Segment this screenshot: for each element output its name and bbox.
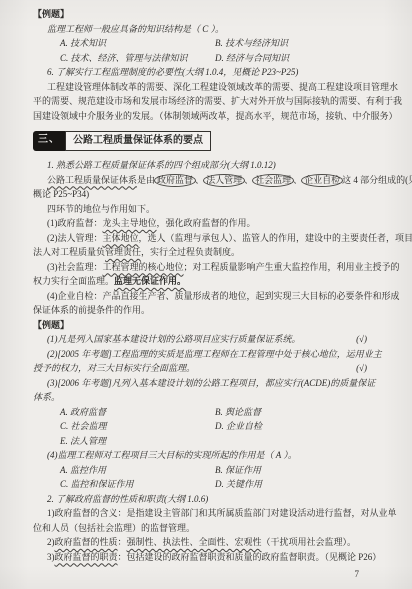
q3-option-c: C. 社会监理 <box>60 419 215 434</box>
q3-option-a: A. 政府监督 <box>60 405 215 420</box>
scanned-textbook-page: 【例题】 监理工程师一般应具备的知识结构是（ C ）。 A. 技术知识 B. 技… <box>0 0 412 589</box>
section3-header: 三、 公路工程质量保证体系的要点 <box>33 131 385 151</box>
example1-options-row-1: A. 技术知识 B. 技术与经济知识 <box>33 36 385 51</box>
point6-para-line3: 国建设领域中介服务业的发展。（体制领域两改革，提高水平，规范市场，接轨、中介服务… <box>33 109 385 124</box>
point1-intro-mid: 是由 <box>137 175 155 185</box>
item2b-emphasis: 管理责任 <box>105 247 141 257</box>
section3-title: 公路工程质量保证体系的要点 <box>65 131 211 151</box>
point2-item2-prefix: 2) <box>47 537 55 547</box>
example2-q3-line2: 体系。 <box>33 390 385 405</box>
point1-term3-circled: 社会监理 <box>252 174 294 187</box>
q4-option-c: C. 监控和保证作用 <box>60 477 215 492</box>
example2-q1-row: (1)凡是列入国家基本建设计划的公路项目应实行质量保证系统。 (√) <box>33 332 385 347</box>
point2-item3: 3)政府监督的职责：包括建设的政府监督职责和质量的政府监督职责。（见概论 P26… <box>33 550 385 565</box>
example1-question: 监理工程师一般应具备的知识结构是（ C ）。 <box>33 22 385 37</box>
point1-item4-line2: 保证体系的前提条件的作用。 <box>33 303 385 318</box>
section3-marker: 三、 <box>33 131 65 151</box>
example2-q2-line1: (2)[2005 年考题]工程监理的实质是监理工程师在工程管理中处于核心地位，运… <box>33 347 385 362</box>
point2-item2: 2)政府监督的性质：强制性、执法性、全面性、宏观性（干扰项用社会监理）。 <box>33 535 385 550</box>
example2-q2-line2: 授予的权力，对三大目标实行全面监理。 <box>33 361 195 376</box>
point1-item4-line1: (4)企业自检：产品直接生产者、质量形成者的地位，起到实现三大目标的必要条件和形… <box>33 289 385 304</box>
point1-term2-circled: 法人管理 <box>203 174 245 187</box>
example2-q2-answer: (√) <box>356 361 367 376</box>
point2-item2-colon: ： <box>118 537 127 547</box>
point1-roles-intro: 四环节的地位与作用如下。 <box>33 202 385 217</box>
point2-item2-tail: （干扰项用社会监理）。 <box>262 537 357 547</box>
item3-tail: ；对工程质量影响产生重大监控作用，利用业主授予的 <box>184 262 400 272</box>
point6-para-line1: 工程建设管理体制改革的需要、深化工程建设领域改革的需要、提高工程建设项目管理水 <box>33 80 385 95</box>
point1-intro-line1: 公路工程质量保证体系是由政府监督、法人管理、社会监理、企业自检这 4 部分组成的… <box>33 173 385 188</box>
q3-option-b: B. 舆论监督 <box>215 405 261 420</box>
point1-term1-circled: 政府监督 <box>154 174 196 187</box>
example2-q3-line1: (3)[2006 年考题]凡列入基本建设计划的公路工程项目，都应实行(ACDE)… <box>33 376 385 391</box>
example2-q4-options-row-1: A. 监控作用 B. 保证作用 <box>33 463 385 478</box>
example1-label: 【例题】 <box>33 7 385 22</box>
point1-item3-line1: (3)社会监理：工程管理的核心地位；对工程质量影响产生重大监控作用，利用业主授予… <box>33 260 385 275</box>
point1-item1: (1)政府监督：龙头主导地位，强化政府监督的作用。 <box>33 216 385 231</box>
point2-item2-emphasis1: 政府监督的性质 <box>55 537 118 547</box>
example2-q1: (1)凡是列入国家基本建设计划的公路项目应实行质量保证系统。 <box>33 332 301 347</box>
item3b-prefix: 权力实行全面监理。 <box>33 276 114 286</box>
item3-emphasis: 工程管理的核心地位 <box>103 262 184 272</box>
point6-para-line2: 平的需要、规范建设市场和发展市场经济的需要、扩大对外开放与国际接轨的需要、有利于… <box>33 94 385 109</box>
point2-heading: 2. 了解政府监督的性质和职责(大纲 1.0.6) <box>33 492 385 507</box>
point2-item3-emphasis: 政府监督的职责 <box>55 552 118 562</box>
example2-label: 【例题】 <box>33 318 385 333</box>
point1-heading: 1. 熟悉公路工程质量保证体系的四个组成部分(大纲 1.0.12) <box>33 158 385 173</box>
example1-options-row-2: C. 技术、经济、管理与法律知识 D. 经济与合同知识 <box>33 51 385 66</box>
example2-q3-options-row-2: C. 社会监理 D. 企业自检 <box>33 419 385 434</box>
point2-item2-emphasis2: 强制性、执法性、全面性、宏观性 <box>127 537 262 547</box>
example2-q3-options-row-1: A. 政府监督 B. 舆论监督 <box>33 405 385 420</box>
item1-prefix: (1)政府监督： <box>47 218 103 228</box>
point2-item3-prefix: 3) <box>47 552 55 562</box>
point1-term4-circled: 企业自检 <box>301 174 343 187</box>
example1-option-a: A. 技术知识 <box>60 36 215 51</box>
item3-prefix: (3)社会监理： <box>47 262 103 272</box>
point1-intro-wavy: 公路工程质量保证体系 <box>47 175 137 185</box>
item3b-key-statement: 监理无保证作用。 <box>114 276 186 286</box>
point2-item1-line2: 位和人员（包括社会监理）的监督管理。 <box>33 521 385 536</box>
point1-item2-line2: 法人对工程质量负管理责任，实行全过程负责制度。 <box>33 245 385 260</box>
point1-intro-tail: 这 4 部分组成的(见 <box>342 175 412 185</box>
q4-option-d: D. 关键作用 <box>215 477 262 492</box>
example1-option-b: B. 技术与经济知识 <box>215 36 288 51</box>
item1-tail: ，强化政府监督的作用。 <box>157 218 256 228</box>
item2-tail: ，选人（监理与承包人）、监管人的作用，建设中的主要责任者，项目 <box>139 233 412 243</box>
item1-emphasis: 龙头主导地位 <box>103 218 157 228</box>
point2-item3-tail: ：包括建设的政府监督职责和质量的政府监督职责。（见概论 P26） <box>118 552 382 562</box>
example2-q4: (4)监理工程师对工程项目三大目标的实现所起的作用是（ A ）。 <box>33 448 385 463</box>
point2-item1-line1: 1)政府监督的含义：是指建设主管部门和其所属质监部门对建设活动进行监督，对从业单 <box>33 506 385 521</box>
point1-item2-line1: (2)法人管理：主体地位，选人（监理与承包人）、监管人的作用，建设中的主要责任者… <box>33 231 385 246</box>
example2-q1-answer: (√) <box>356 332 367 347</box>
item2b-tail: ，实行全过程负责制度。 <box>141 247 240 257</box>
point1-item3-line2: 权力实行全面监理。监理无保证作用。 <box>33 274 385 289</box>
page-number: 7 <box>33 567 385 582</box>
example1-option-c: C. 技术、经济、管理与法律知识 <box>60 51 215 66</box>
q3-option-e: E. 法人管理 <box>60 434 106 449</box>
point6-heading: 6. 了解实行工程监理制度的必要性(大纲 1.0.4，见概论 P23~P25) <box>33 65 385 80</box>
example2-q4-options-row-2: C. 监控和保证作用 D. 关键作用 <box>33 477 385 492</box>
example1-option-d: D. 经济与合同知识 <box>215 51 289 66</box>
item2-prefix: (2)法人管理： <box>47 233 103 243</box>
q4-option-a: A. 监控作用 <box>60 463 215 478</box>
example2-q3-options-row-3: E. 法人管理 <box>33 434 385 449</box>
q3-option-d: D. 企业自检 <box>215 419 262 434</box>
example2-q2-row2: 授予的权力，对三大目标实行全面监理。 (√) <box>33 361 385 376</box>
point1-intro-line2: 概论 P25~P34) <box>33 187 385 202</box>
item2b-prefix: 法人对工程质量负 <box>33 247 105 257</box>
item2-emphasis: 主体地位 <box>103 233 139 243</box>
q4-option-b: B. 保证作用 <box>215 463 261 478</box>
